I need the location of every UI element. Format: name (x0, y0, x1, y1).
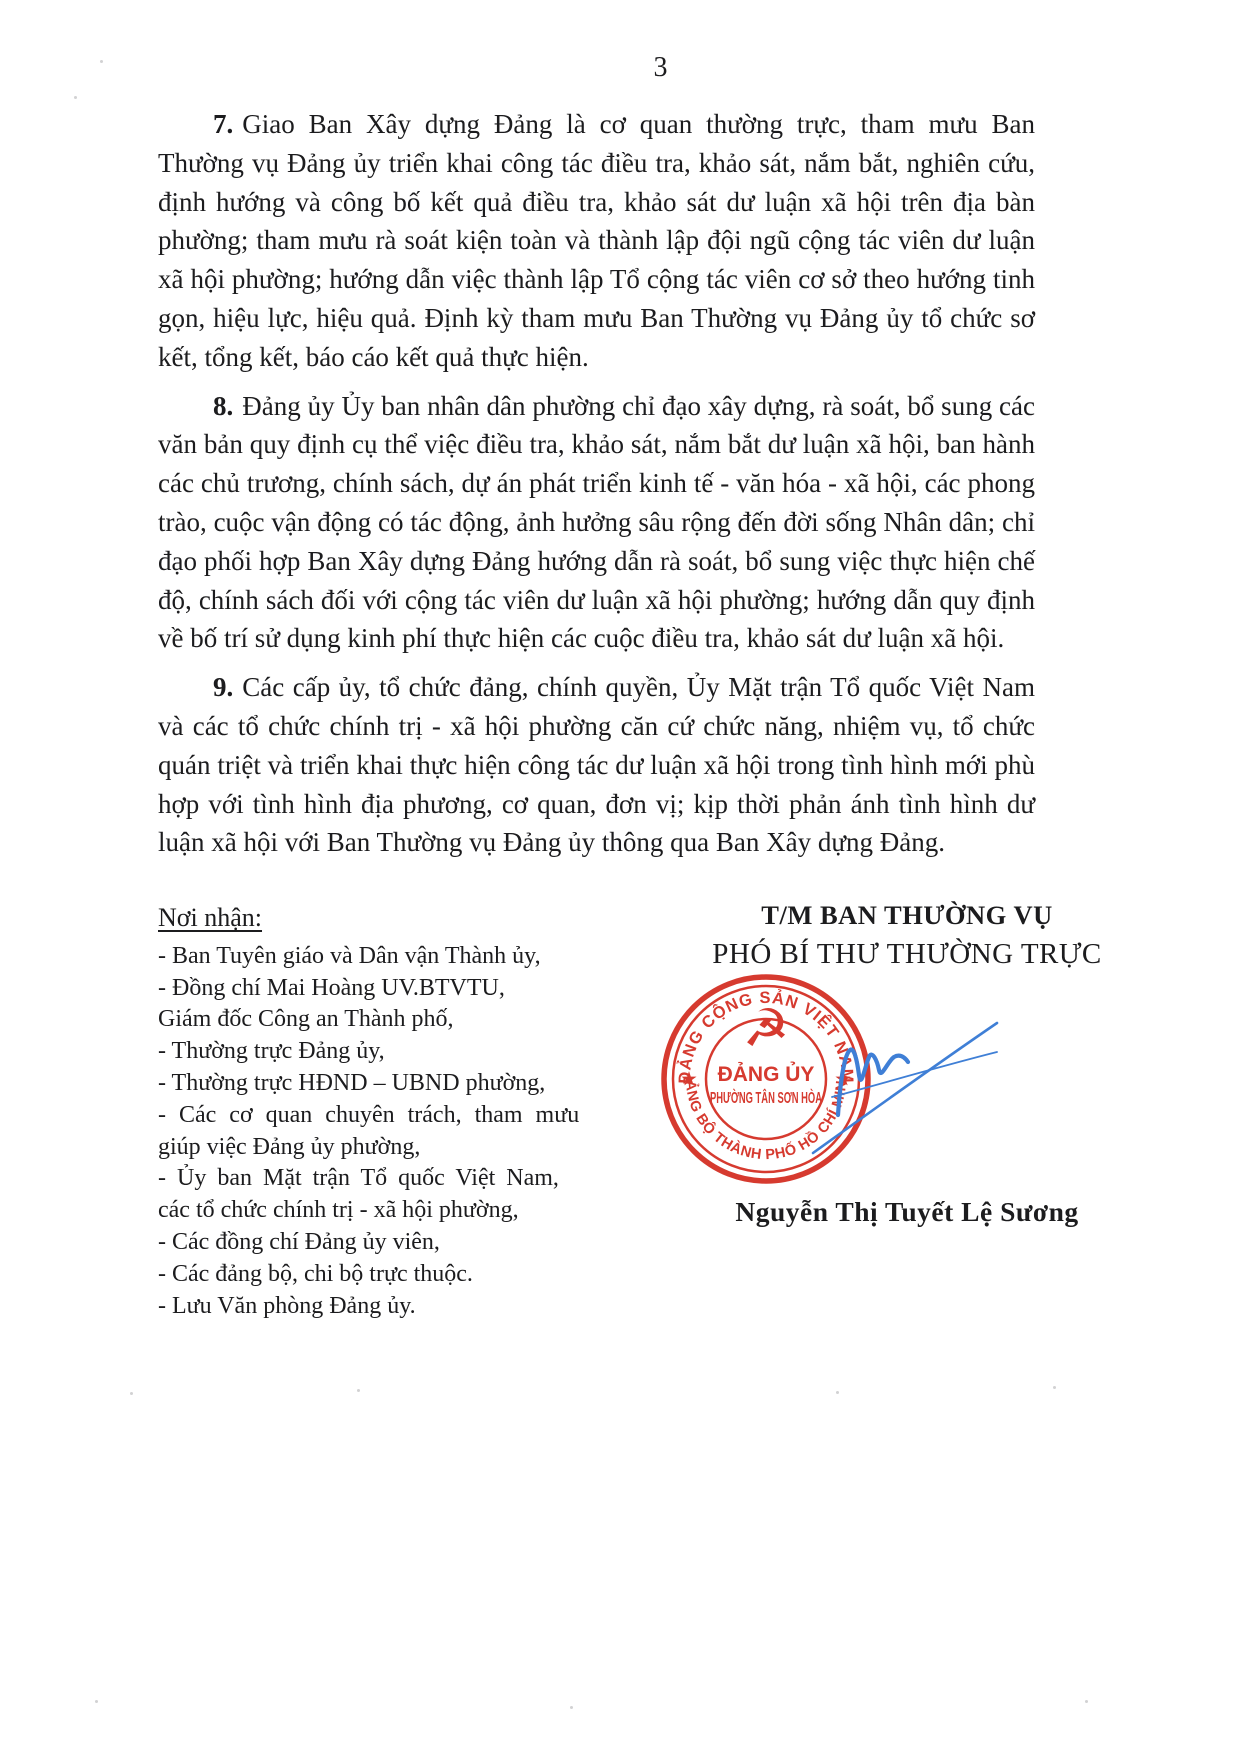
recipient-item: - Ủy ban Mặt trận Tổ quốc Việt Nam, (158, 1163, 598, 1195)
recipient-item: - Thường trực Đảng ủy, (158, 1036, 598, 1068)
document-body: 7.Giao Ban Xây dựng Đảng là cơ quan thườ… (158, 105, 1035, 872)
paragraph-9: 9.Các cấp ủy, tổ chức đảng, chính quyền,… (158, 668, 1035, 862)
paragraph-9-number: 9. (213, 672, 233, 702)
recipients-block: Nơi nhận: - Ban Tuyên giáo và Dân vận Th… (158, 902, 598, 1322)
recipient-item: - Các cơ quan chuyên trách, tham mưu (158, 1100, 598, 1132)
paragraph-8: 8.Đảng ủy Ủy ban nhân dân phường chỉ đạo… (158, 387, 1035, 659)
recipient-item: - Các đồng chí Đảng ủy viên, (158, 1227, 598, 1259)
scan-speck (357, 1389, 360, 1392)
page-number: 3 (40, 52, 1241, 84)
recipient-item-continuation: giúp việc Đảng ủy phường, (158, 1132, 598, 1164)
handwritten-signature (780, 1000, 1010, 1160)
stamp-star-left-icon: ★ (681, 1070, 697, 1089)
scan-speck (836, 1391, 839, 1394)
recipient-item: - Thường trực HĐND – UBND phường, (158, 1068, 598, 1100)
recipient-item: - Ban Tuyên giáo và Dân vận Thành ủy, (158, 941, 598, 973)
recipients-heading: Nơi nhận: (158, 902, 598, 934)
scan-speck (74, 96, 77, 99)
recipient-item-continuation: Giám đốc Công an Thành phố, (158, 1004, 598, 1036)
recipient-item: - Đồng chí Mai Hoàng UV.BTVTU, (158, 973, 598, 1005)
paragraph-7-number: 7. (213, 109, 233, 139)
paragraph-8-number: 8. (213, 391, 233, 421)
scan-speck (130, 1392, 133, 1395)
scan-speck (1053, 1386, 1056, 1389)
document-page: 3 7.Giao Ban Xây dựng Đảng là cơ quan th… (0, 0, 1241, 1754)
recipient-item: - Lưu Văn phòng Đảng ủy. (158, 1291, 598, 1323)
scan-speck (95, 1700, 98, 1703)
signing-authority: T/M BAN THƯỜNG VỤ (667, 900, 1147, 931)
paragraph-7: 7.Giao Ban Xây dựng Đảng là cơ quan thườ… (158, 105, 1035, 377)
paragraph-9-text: Các cấp ủy, tổ chức đảng, chính quyền, Ủ… (158, 672, 1035, 857)
recipient-item-continuation: các tổ chức chính trị - xã hội phường, (158, 1195, 598, 1227)
recipient-item: - Các đảng bộ, chi bộ trực thuộc. (158, 1259, 598, 1291)
signature-stroke (838, 1050, 908, 1115)
signer-name: Nguyễn Thị Tuyết Lệ Sương (667, 1196, 1147, 1228)
scan-speck (570, 1706, 573, 1709)
paragraph-8-text: Đảng ủy Ủy ban nhân dân phường chỉ đạo x… (158, 391, 1035, 654)
paragraph-7-text: Giao Ban Xây dựng Đảng là cơ quan thường… (158, 109, 1035, 372)
scan-speck (100, 60, 103, 63)
scan-speck (1085, 1700, 1088, 1703)
